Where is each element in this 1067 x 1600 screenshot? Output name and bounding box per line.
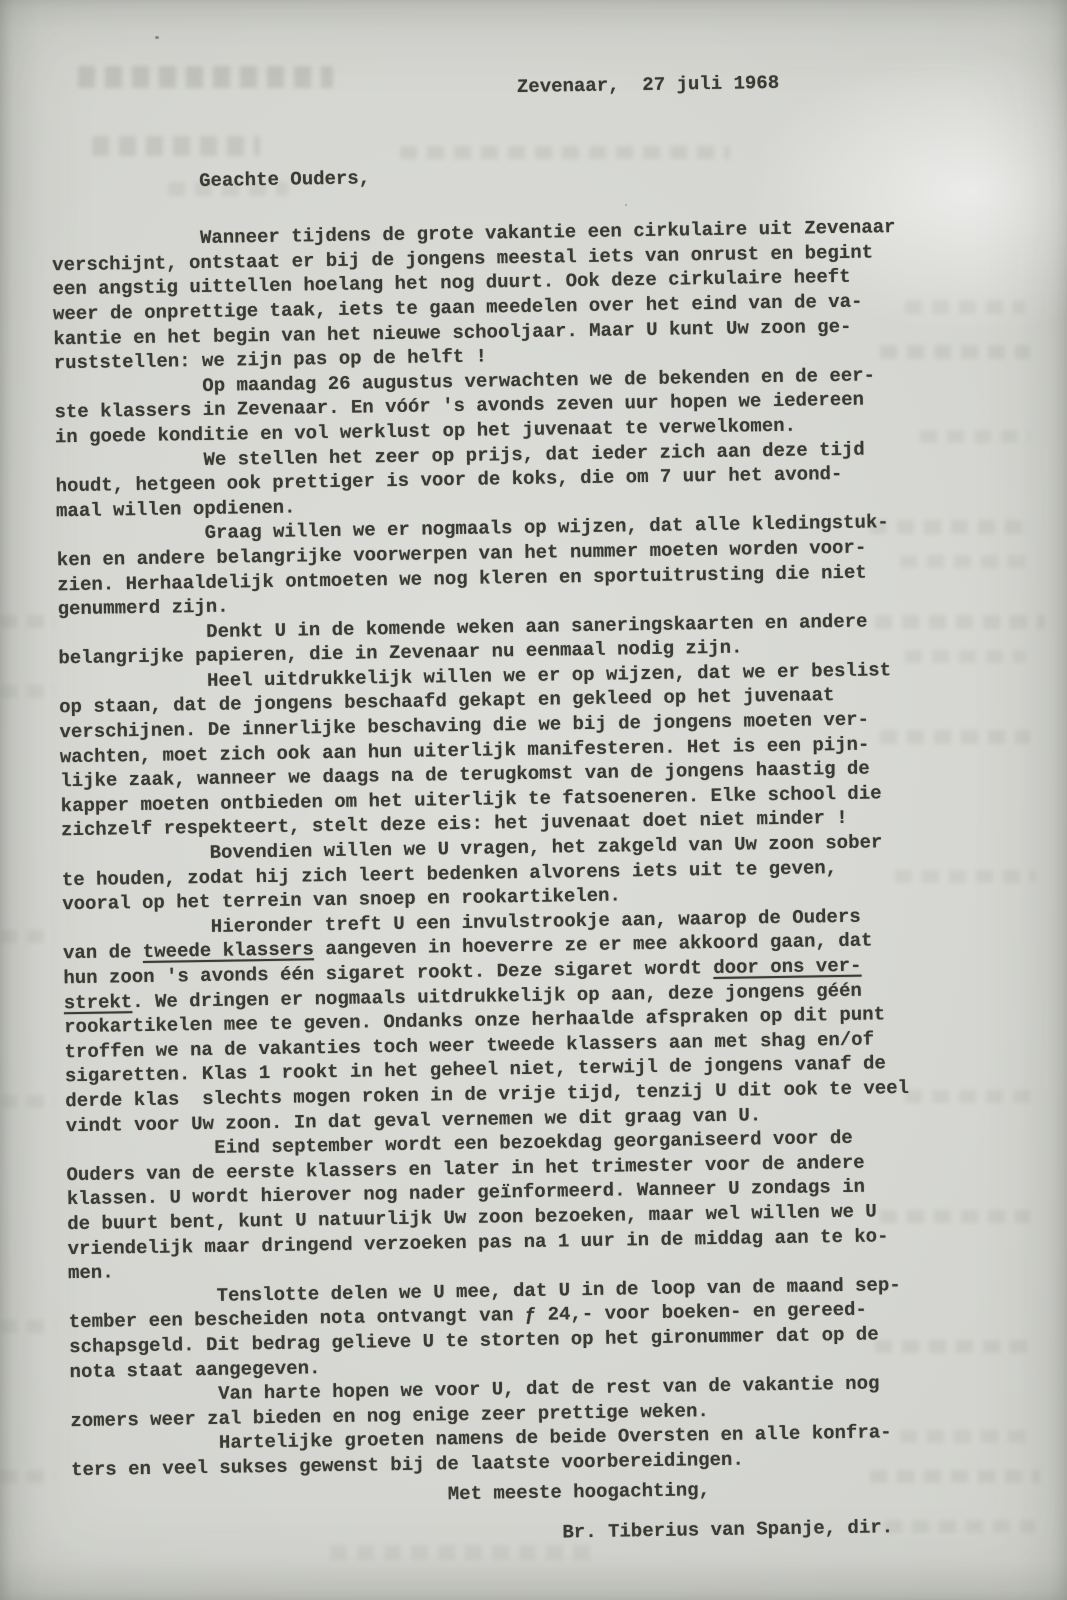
bleedthrough-mark xyxy=(0,685,55,698)
bleedthrough-mark xyxy=(920,430,1030,443)
bleedthrough-mark xyxy=(0,615,55,628)
underlined-text: tweede klassers xyxy=(143,939,314,964)
text-segment: genummerd zijn. xyxy=(57,596,228,621)
bleedthrough-mark xyxy=(0,1095,55,1108)
signature-line: Br. Tiberius van Spanje, dir. xyxy=(562,1514,952,1545)
date-line: Zevenaar, 27 juli 1968 xyxy=(517,68,930,99)
text-segment: nota staat aangegeven. xyxy=(69,1357,320,1383)
underlined-text: strekt xyxy=(64,991,133,1014)
scanned-letter-page: Zevenaar, 27 juli 1968 Geachte Ouders, W… xyxy=(0,0,1067,1600)
bleedthrough-mark xyxy=(0,930,55,943)
bleedthrough-mark xyxy=(0,1320,55,1333)
underlined-text: door ons ver- xyxy=(713,955,862,979)
letter-content: Zevenaar, 27 juli 1968 Geachte Ouders, W… xyxy=(49,68,952,1552)
letter-body: Wanneer tijdens de grote vakantie een ci… xyxy=(52,215,952,1483)
salutation: Geachte Ouders, xyxy=(199,157,931,193)
dust-speck xyxy=(155,36,159,39)
bleedthrough-mark xyxy=(0,1470,55,1483)
text-segment: men. xyxy=(68,1262,114,1285)
text-segment: maal willen opdienen. xyxy=(56,496,296,522)
closing-line: Met meeste hoogachting, xyxy=(448,1475,952,1508)
text-segment: van de xyxy=(63,941,143,964)
